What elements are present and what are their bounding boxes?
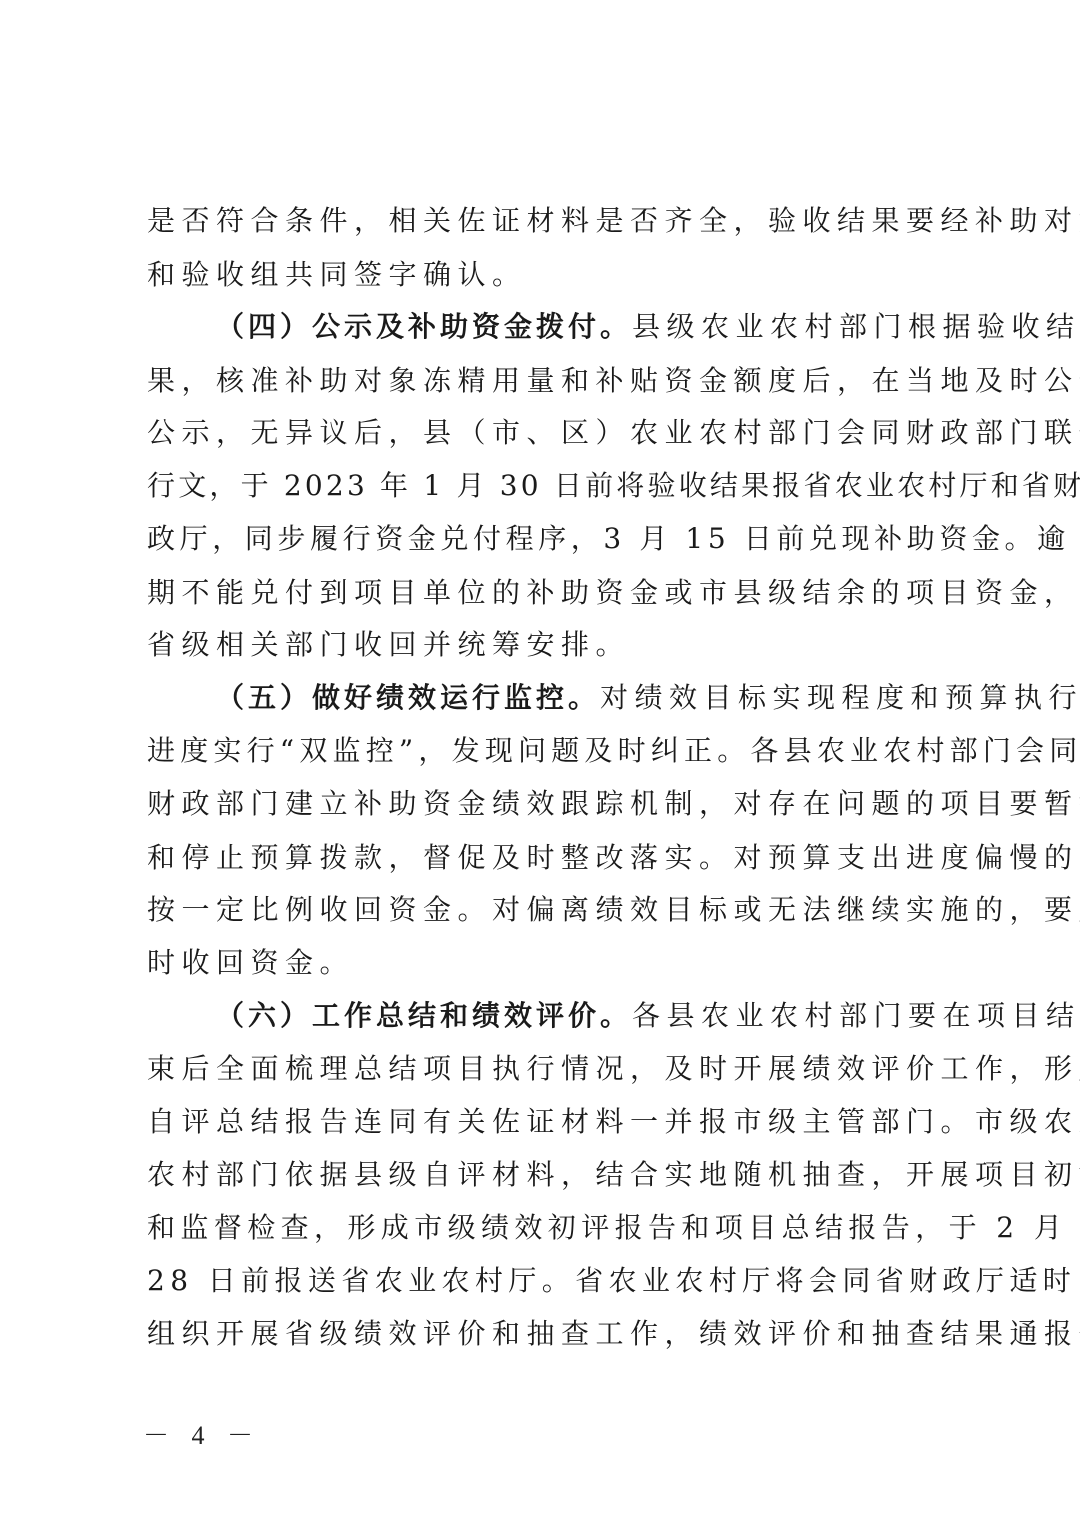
text-line: 行文，于 2023 年 1 月 30 日前将验收结果报省农业农村厅和省财: [147, 466, 947, 506]
text-line: 期不能兑付到项目单位的补助资金或市县级结余的项目资金，由: [147, 573, 947, 613]
text-line: 和停止预算拨款，督促及时整改落实。对预算支出进度偏慢的，: [147, 838, 947, 878]
text-line: 是否符合条件，相关佐证材料是否齐全，验收结果要经补助对象: [147, 201, 947, 241]
text-line: 政厅，同步履行资金兑付程序，3 月 15 日前兑现补助资金。逾: [147, 519, 947, 559]
text-line: 农村部门依据县级自评材料，结合实地随机抽查，开展项目初评: [147, 1155, 947, 1195]
section-4-heading: （四）公示及补助资金拨付。: [216, 310, 632, 343]
section-6-first-line: （六）工作总结和绩效评价。各县农业农村部门要在项目结: [216, 996, 947, 1036]
section-4-first-line: （四）公示及补助资金拨付。县级农业农村部门根据验收结: [216, 307, 947, 347]
text-line: 28 日前报送省农业农村厅。省农业农村厅将会同省财政厅适时: [147, 1261, 947, 1301]
text-line: 果，核准补助对象冻精用量和补贴资金额度后，在当地及时公告: [147, 361, 947, 401]
text-line: 和验收组共同签字确认。: [147, 255, 947, 295]
text-line: 自评总结报告连同有关佐证材料一并报市级主管部门。市级农业: [147, 1102, 947, 1142]
document-page: 是否符合条件，相关佐证材料是否齐全，验收结果要经补助对象 和验收组共同签字确认。…: [0, 0, 1080, 1527]
section-6-heading: （六）工作总结和绩效评价。: [216, 999, 632, 1032]
section-5-first-line: （五）做好绩效运行监控。对绩效目标实现程度和预算执行: [216, 678, 947, 718]
text-line: 进度实行“双监控”，发现问题及时纠正。各县农业农村部门会同: [147, 731, 947, 771]
text-line: 时收回资金。: [147, 943, 947, 983]
section-5-heading: （五）做好绩效运行监控。: [216, 681, 600, 714]
text-line: 和监督检查，形成市级绩效初评报告和项目总结报告，于 2 月: [147, 1208, 947, 1248]
text-span: 各县农业农村部门要在项目结: [632, 999, 1080, 1032]
text-line: 公示，无异议后，县（市、区）农业农村部门会同财政部门联合: [147, 413, 947, 453]
text-line: 组织开展省级绩效评价和抽查工作，绩效评价和抽查结果通报全: [147, 1314, 947, 1354]
text-line: 按一定比例收回资金。对偏离绩效目标或无法继续实施的，要及: [147, 890, 947, 930]
text-line: 财政部门建立补助资金绩效跟踪机制，对存在问题的项目要暂缓: [147, 784, 947, 824]
text-span: 县级农业农村部门根据验收结: [632, 310, 1080, 343]
text-span: 对绩效目标实现程度和预算执行: [600, 681, 1080, 714]
text-line: 束后全面梳理总结项目执行情况，及时开展绩效评价工作，形成: [147, 1049, 947, 1089]
page-number: － 4 －: [143, 1418, 261, 1454]
text-line: 省级相关部门收回并统筹安排。: [147, 625, 947, 665]
